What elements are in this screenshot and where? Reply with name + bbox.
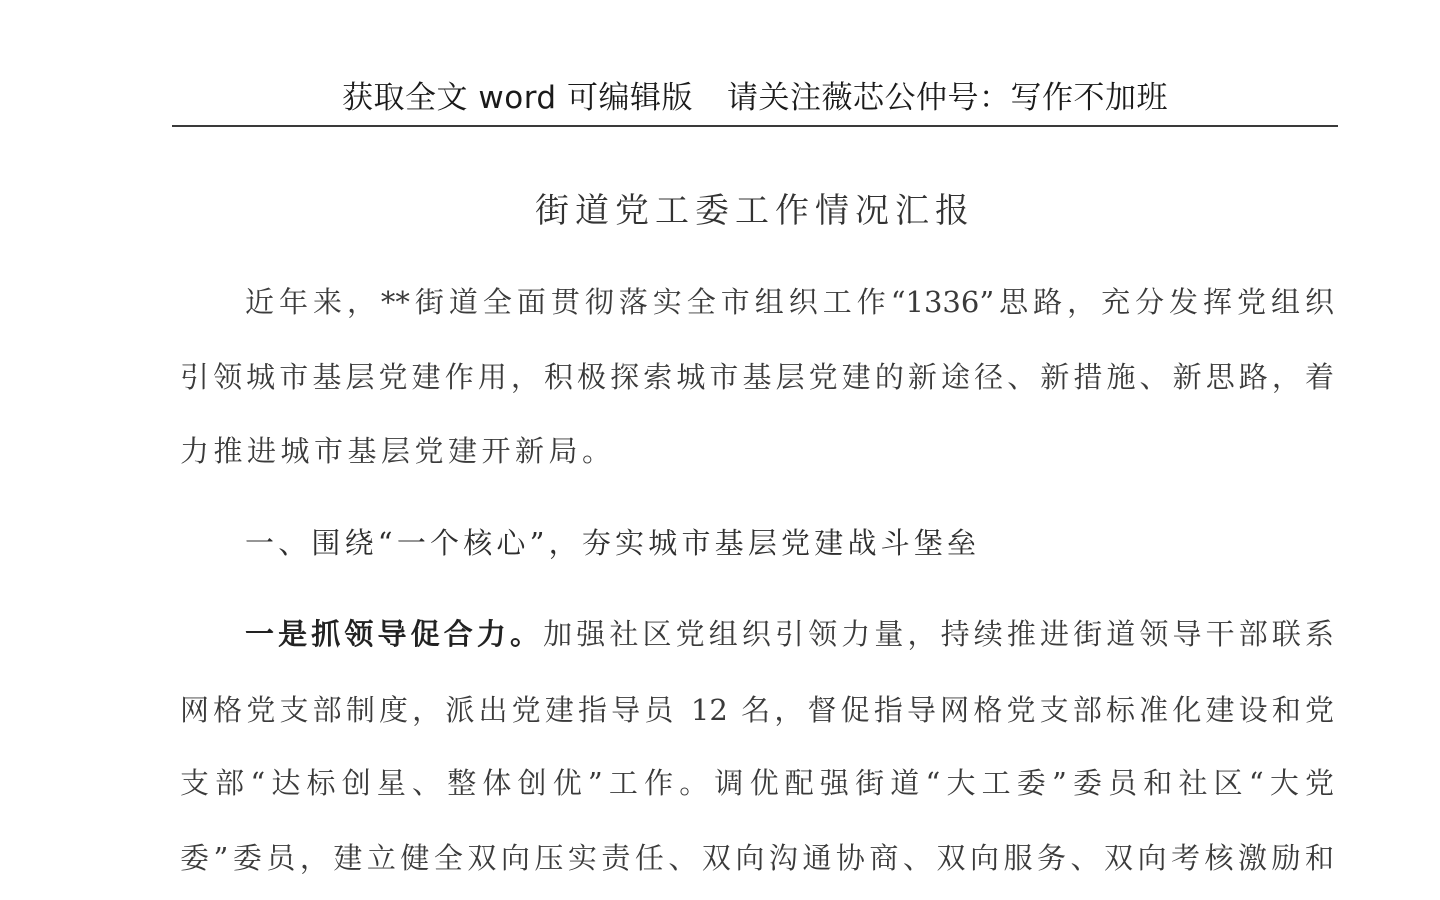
paragraph-line: 网格党支部制度，派出党建指导员 12 名，督促指导网格党支部标准化建设和党 — [180, 688, 1334, 732]
paragraph-line: 委”委员，建立健全双向压实责任、双向沟通协商、双向服务、双向考核激励和 — [180, 836, 1334, 880]
banner-text-part2: 请关注薇芯公仲号：写作不加班 — [727, 80, 1168, 116]
paragraph-line: 力推进城市基层党建开新局。 — [180, 429, 1334, 473]
document-title: 街道党工委工作情况汇报 — [172, 186, 1338, 236]
paragraph-lead-rest: 加强社区党组织引领力量，持续推进街道领导干部联系 — [543, 617, 1334, 651]
paragraph-line: 支部“达标创星、整体创优”工作。调优配强街道“大工委”委员和社区“大党 — [180, 761, 1334, 805]
paragraph-line: 一是抓领导促合力。加强社区党组织引领力量，持续推进街道领导干部联系 — [245, 612, 1334, 656]
header-divider — [172, 125, 1338, 127]
section-heading: 一、围绕“一个核心”，夯实城市基层党建战斗堡垒 — [245, 521, 1334, 565]
paragraph-line: 近年来，**街道全面贯彻落实全市组织工作“1336”思路，充分发挥党组织 — [245, 280, 1334, 324]
paragraph-line: 引领城市基层党建作用，积极探索城市基层党建的新途径、新措施、新思路，着 — [180, 355, 1334, 399]
paragraph-lead-bold: 一是抓领导促合力。 — [245, 617, 543, 651]
promo-banner: 获取全文 word 可编辑版请关注薇芯公仲号：写作不加班 — [172, 70, 1338, 126]
banner-text-part1: 获取全文 word 可编辑版 — [342, 80, 693, 116]
